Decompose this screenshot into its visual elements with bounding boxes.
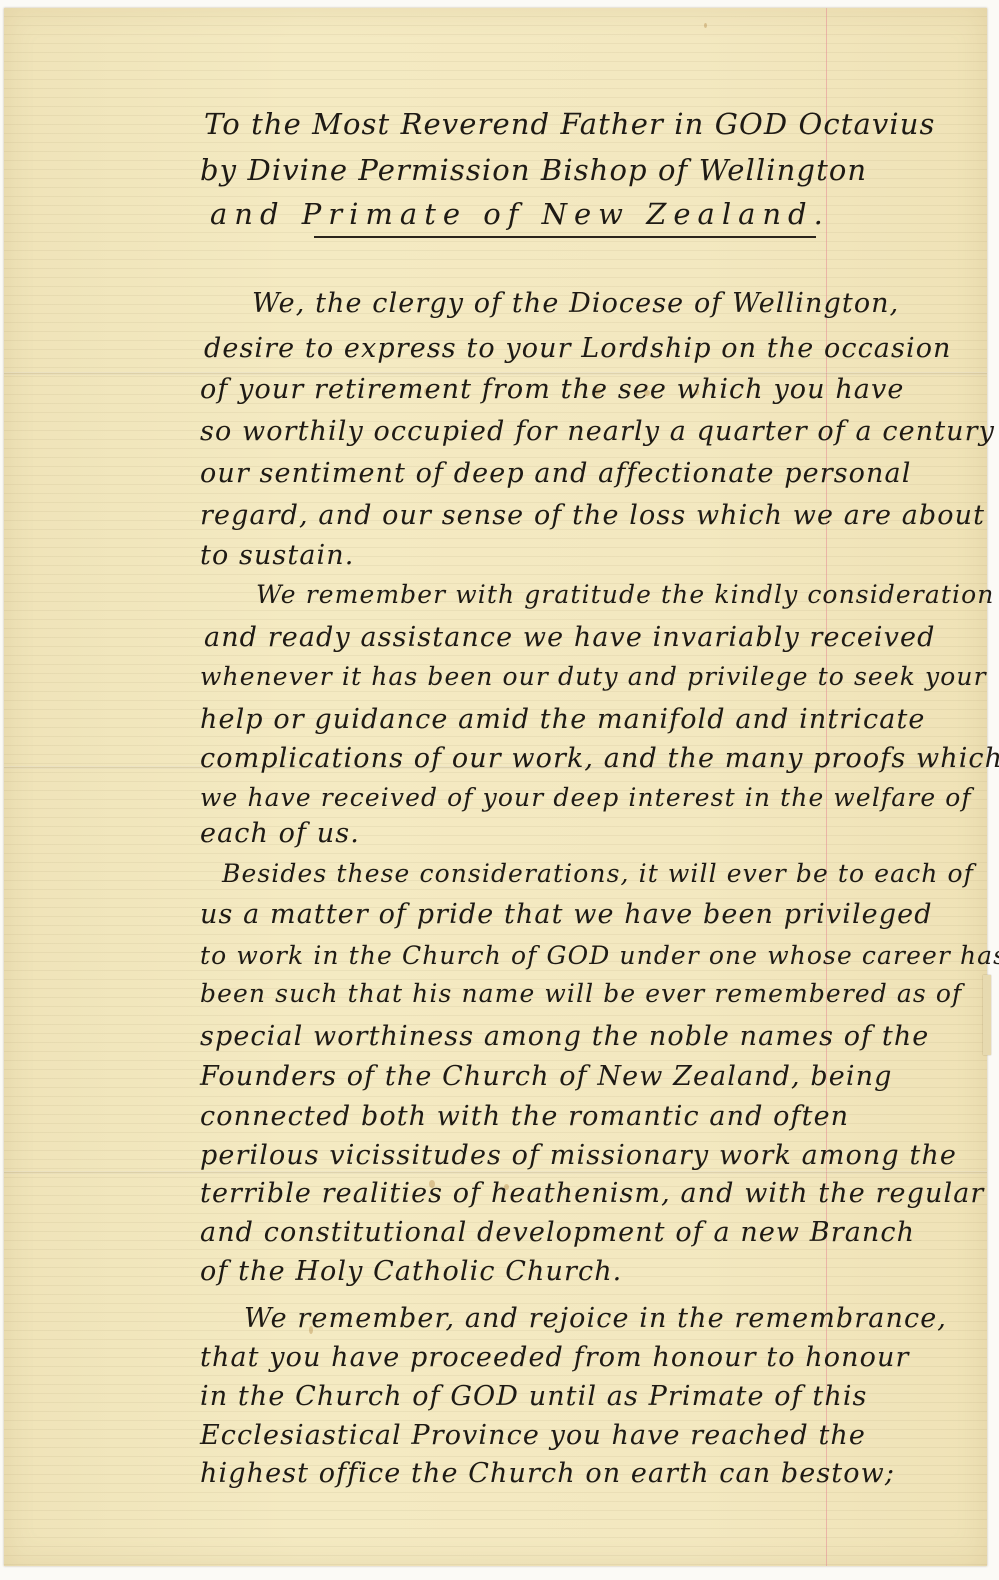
paragraph-line: and constitutional development of a new … [200,1219,915,1246]
salutation-line: To the Most Reverend Father in GOD Octav… [204,110,936,139]
paragraph-line: so worthily occupied for nearly a quarte… [200,418,995,445]
paragraph-line: our sentiment of deep and affectionate p… [200,460,911,487]
foxing-stain [704,23,707,28]
paragraph-line: Besides these considerations, it will ev… [222,861,974,886]
paragraph-line: special worthiness among the noble names… [200,1023,929,1050]
manuscript-page: To the Most Reverend Father in GOD Octav… [4,8,987,1566]
paragraph-line: in the Church of GOD until as Primate of… [200,1383,868,1410]
paragraph-line: regard, and our sense of the loss which … [200,502,985,529]
paragraph-line: Founders of the Church of New Zealand, b… [200,1063,892,1090]
salutation-line: by Divine Permission Bishop of Wellingto… [200,156,867,185]
paragraph-line: each of us. [200,820,360,847]
paragraph-line: We remember, and rejoice in the remembra… [244,1305,947,1332]
paragraph-line: terrible realities of heathenism, and wi… [200,1180,984,1207]
paragraph-line: whenever it has been our duty and privil… [200,664,987,689]
paragraph-line: we have received of your deep interest i… [200,785,972,810]
salutation-underline [314,236,816,238]
paragraph-line: perilous vicissitudes of missionary work… [200,1142,957,1169]
paper-edge-tab [983,975,991,1055]
paragraph-line: We remember with gratitude the kindly co… [256,582,994,607]
paragraph-line: help or guidance amid the manifold and i… [200,706,925,733]
paragraph-line: connected both with the romantic and oft… [200,1103,849,1130]
paragraph-line: that you have proceeded from honour to h… [200,1344,909,1371]
paragraph-line: to sustain. [200,542,354,569]
paragraph-line: desire to express to your Lordship on th… [204,335,952,362]
paragraph-line: We, the clergy of the Diocese of Welling… [252,290,899,317]
paragraph-line: to work in the Church of GOD under one w… [200,943,999,968]
paragraph-line: highest office the Church on earth can b… [200,1460,895,1487]
paragraph-line: of the Holy Catholic Church. [200,1258,622,1285]
paragraph-line: and ready assistance we have invariably … [204,624,935,651]
paragraph-line: complications of our work, and the many … [200,745,999,772]
paragraph-line: been such that his name will be ever rem… [200,981,962,1006]
paragraph-line: of your retirement from the see which yo… [200,376,904,403]
paragraph-line: us a matter of pride that we have been p… [200,901,933,928]
paragraph-line: Ecclesiastical Province you have reached… [200,1422,866,1449]
fold-line [4,1171,987,1174]
salutation-line: and Primate of New Zealand. [210,200,830,229]
